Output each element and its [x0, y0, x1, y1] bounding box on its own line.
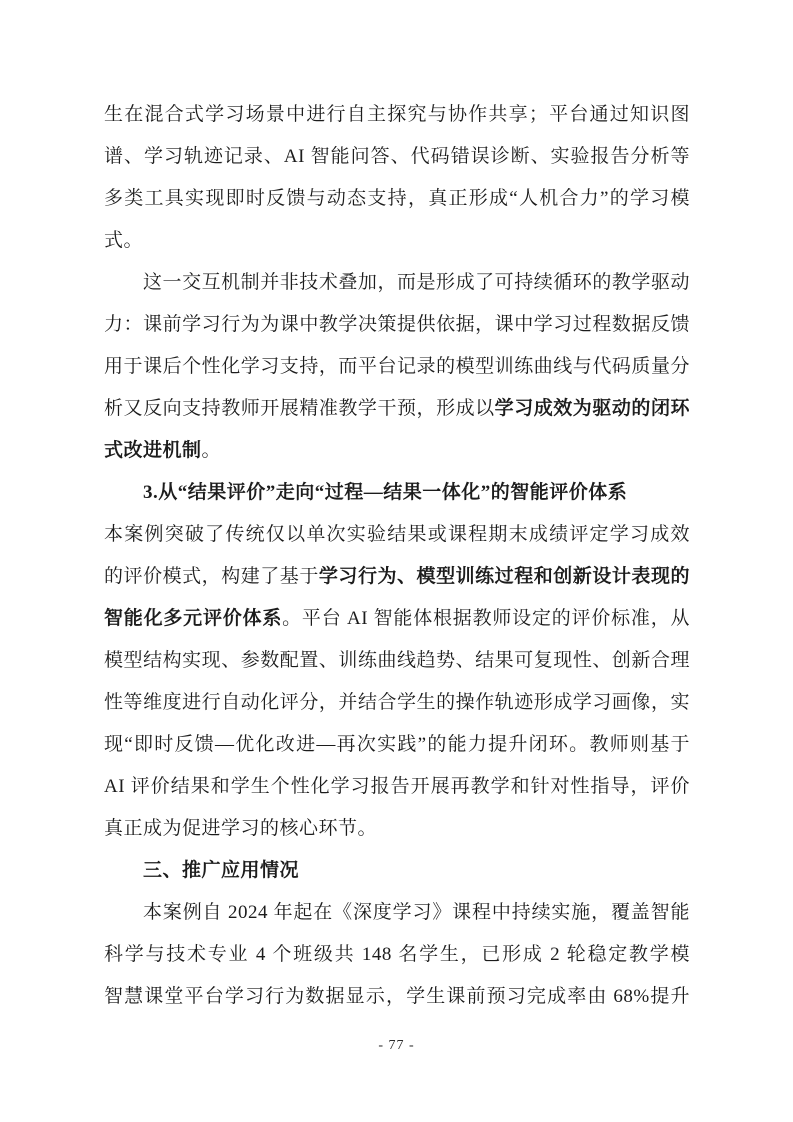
text-segment: 。平台 AI 智能体根据教师设定的评价标准，从 — [282, 608, 690, 629]
text-line: 多类工具实现即时反馈与动态支持，真正形成“人机合力”的学习模 — [104, 178, 690, 220]
text-line: 模型结构实现、参数配置、训练曲线趋势、结果可复现性、创新合理 — [104, 640, 690, 682]
text-segment: 用于课后个性化学习支持，而平台记录的模型训练曲线与代码质量分 — [104, 356, 690, 377]
text-segment: 生在混合式学习场景中进行自主探究与协作共享；平台通过知识图 — [104, 104, 690, 125]
text-segment-emphasis: 智能化多元评价体系 — [104, 608, 282, 629]
text-segment: 本案例自 2024 年起在《深度学习》课程中持续实施，覆盖智能 — [143, 902, 690, 923]
text-line: 智能化多元评价体系。平台 AI 智能体根据教师设定的评价标准，从 — [104, 598, 690, 640]
text-line: 谱、学习轨迹记录、AI 智能问答、代码错误诊断、实验报告分析等 — [104, 136, 690, 178]
text-segment: 现“即时反馈—优化改进—再次实践”的能力提升闭环。教师则基于 — [104, 734, 690, 755]
page-body-text: 生在混合式学习场景中进行自主探究与协作共享；平台通过知识图 谱、学习轨迹记录、A… — [104, 94, 690, 1018]
section-heading: 3.从“结果评价”走向“过程—结果一体化”的智能评价体系 — [104, 472, 690, 514]
page-footer: - 77 - — [0, 1036, 793, 1056]
text-line: 式。 — [104, 220, 690, 262]
text-segment: 模型结构实现、参数配置、训练曲线趋势、结果可复现性、创新合理 — [104, 650, 690, 671]
text-segment: 本案例突破了传统仅以单次实验结果或课程期末成绩评定学习成效 — [104, 524, 690, 545]
text-segment: 科学与技术专业 4 个班级共 148 名学生，已形成 2 轮稳定教学模式。 — [104, 944, 690, 976]
text-line: AI 评价结果和学生个性化学习报告开展再教学和针对性指导，评价 — [104, 766, 690, 808]
text-segment: 析又反向支持教师开展精准教学干预，形成以 — [104, 398, 495, 419]
text-line: 力：课前学习行为为课中教学决策提供依据，课中学习过程数据反馈 — [104, 304, 690, 346]
text-line: 用于课后个性化学习支持，而平台记录的模型训练曲线与代码质量分 — [104, 346, 690, 388]
text-segment: 谱、学习轨迹记录、AI 智能问答、代码错误诊断、实验报告分析等 — [104, 146, 690, 167]
text-segment: 式。 — [104, 230, 143, 251]
text-segment: 这一交互机制并非技术叠加，而是形成了可持续循环的教学驱动 — [143, 272, 690, 293]
text-segment: 性等维度进行自动化评分，并结合学生的操作轨迹形成学习画像，实 — [104, 692, 690, 713]
document-page: 生在混合式学习场景中进行自主探究与协作共享；平台通过知识图 谱、学习轨迹记录、A… — [0, 0, 793, 1122]
heading-text: 3.从“结果评价”走向“过程—结果一体化”的智能评价体系 — [143, 482, 627, 503]
text-line: 真正成为促进学习的核心环节。 — [104, 808, 690, 850]
text-line: 析又反向支持教师开展精准教学干预，形成以学习成效为驱动的闭环 — [104, 388, 690, 430]
text-line: 的评价模式，构建了基于学习行为、模型训练过程和创新设计表现的 — [104, 556, 690, 598]
text-segment: 智慧课堂平台学习行为数据显示，学生课前预习完成率由 68%提升至 — [104, 986, 690, 1018]
text-segment: 的评价模式，构建了基于 — [104, 566, 319, 587]
text-segment: 真正成为促进学习的核心环节。 — [104, 818, 377, 839]
text-line: 智慧课堂平台学习行为数据显示，学生课前预习完成率由 68%提升至 — [104, 976, 690, 1018]
section-heading: 三、推广应用情况 — [104, 850, 690, 892]
text-line: 这一交互机制并非技术叠加，而是形成了可持续循环的教学驱动 — [104, 262, 690, 304]
text-line: 本案例自 2024 年起在《深度学习》课程中持续实施，覆盖智能 — [104, 892, 690, 934]
heading-text: 三、推广应用情况 — [143, 860, 299, 881]
text-segment: 力：课前学习行为为课中教学决策提供依据，课中学习过程数据反馈 — [104, 314, 690, 335]
text-line: 本案例突破了传统仅以单次实验结果或课程期末成绩评定学习成效 — [104, 514, 690, 556]
text-segment-emphasis: 学习成效为驱动的闭环 — [495, 398, 690, 419]
text-line: 生在混合式学习场景中进行自主探究与协作共享；平台通过知识图 — [104, 94, 690, 136]
page-number: - 77 - — [378, 1038, 414, 1053]
text-segment-emphasis: 式改进机制 — [104, 440, 202, 461]
text-segment: AI 评价结果和学生个性化学习报告开展再教学和针对性指导，评价 — [104, 776, 690, 797]
text-line: 式改进机制。 — [104, 430, 690, 472]
text-segment-emphasis: 学习行为、模型训练过程和创新设计表现的 — [319, 566, 690, 587]
text-line: 性等维度进行自动化评分，并结合学生的操作轨迹形成学习画像，实 — [104, 682, 690, 724]
text-segment: 。 — [202, 440, 222, 461]
text-line: 现“即时反馈—优化改进—再次实践”的能力提升闭环。教师则基于 — [104, 724, 690, 766]
text-line: 科学与技术专业 4 个班级共 148 名学生，已形成 2 轮稳定教学模式。 — [104, 934, 690, 976]
text-segment: 多类工具实现即时反馈与动态支持，真正形成“人机合力”的学习模 — [104, 188, 690, 209]
